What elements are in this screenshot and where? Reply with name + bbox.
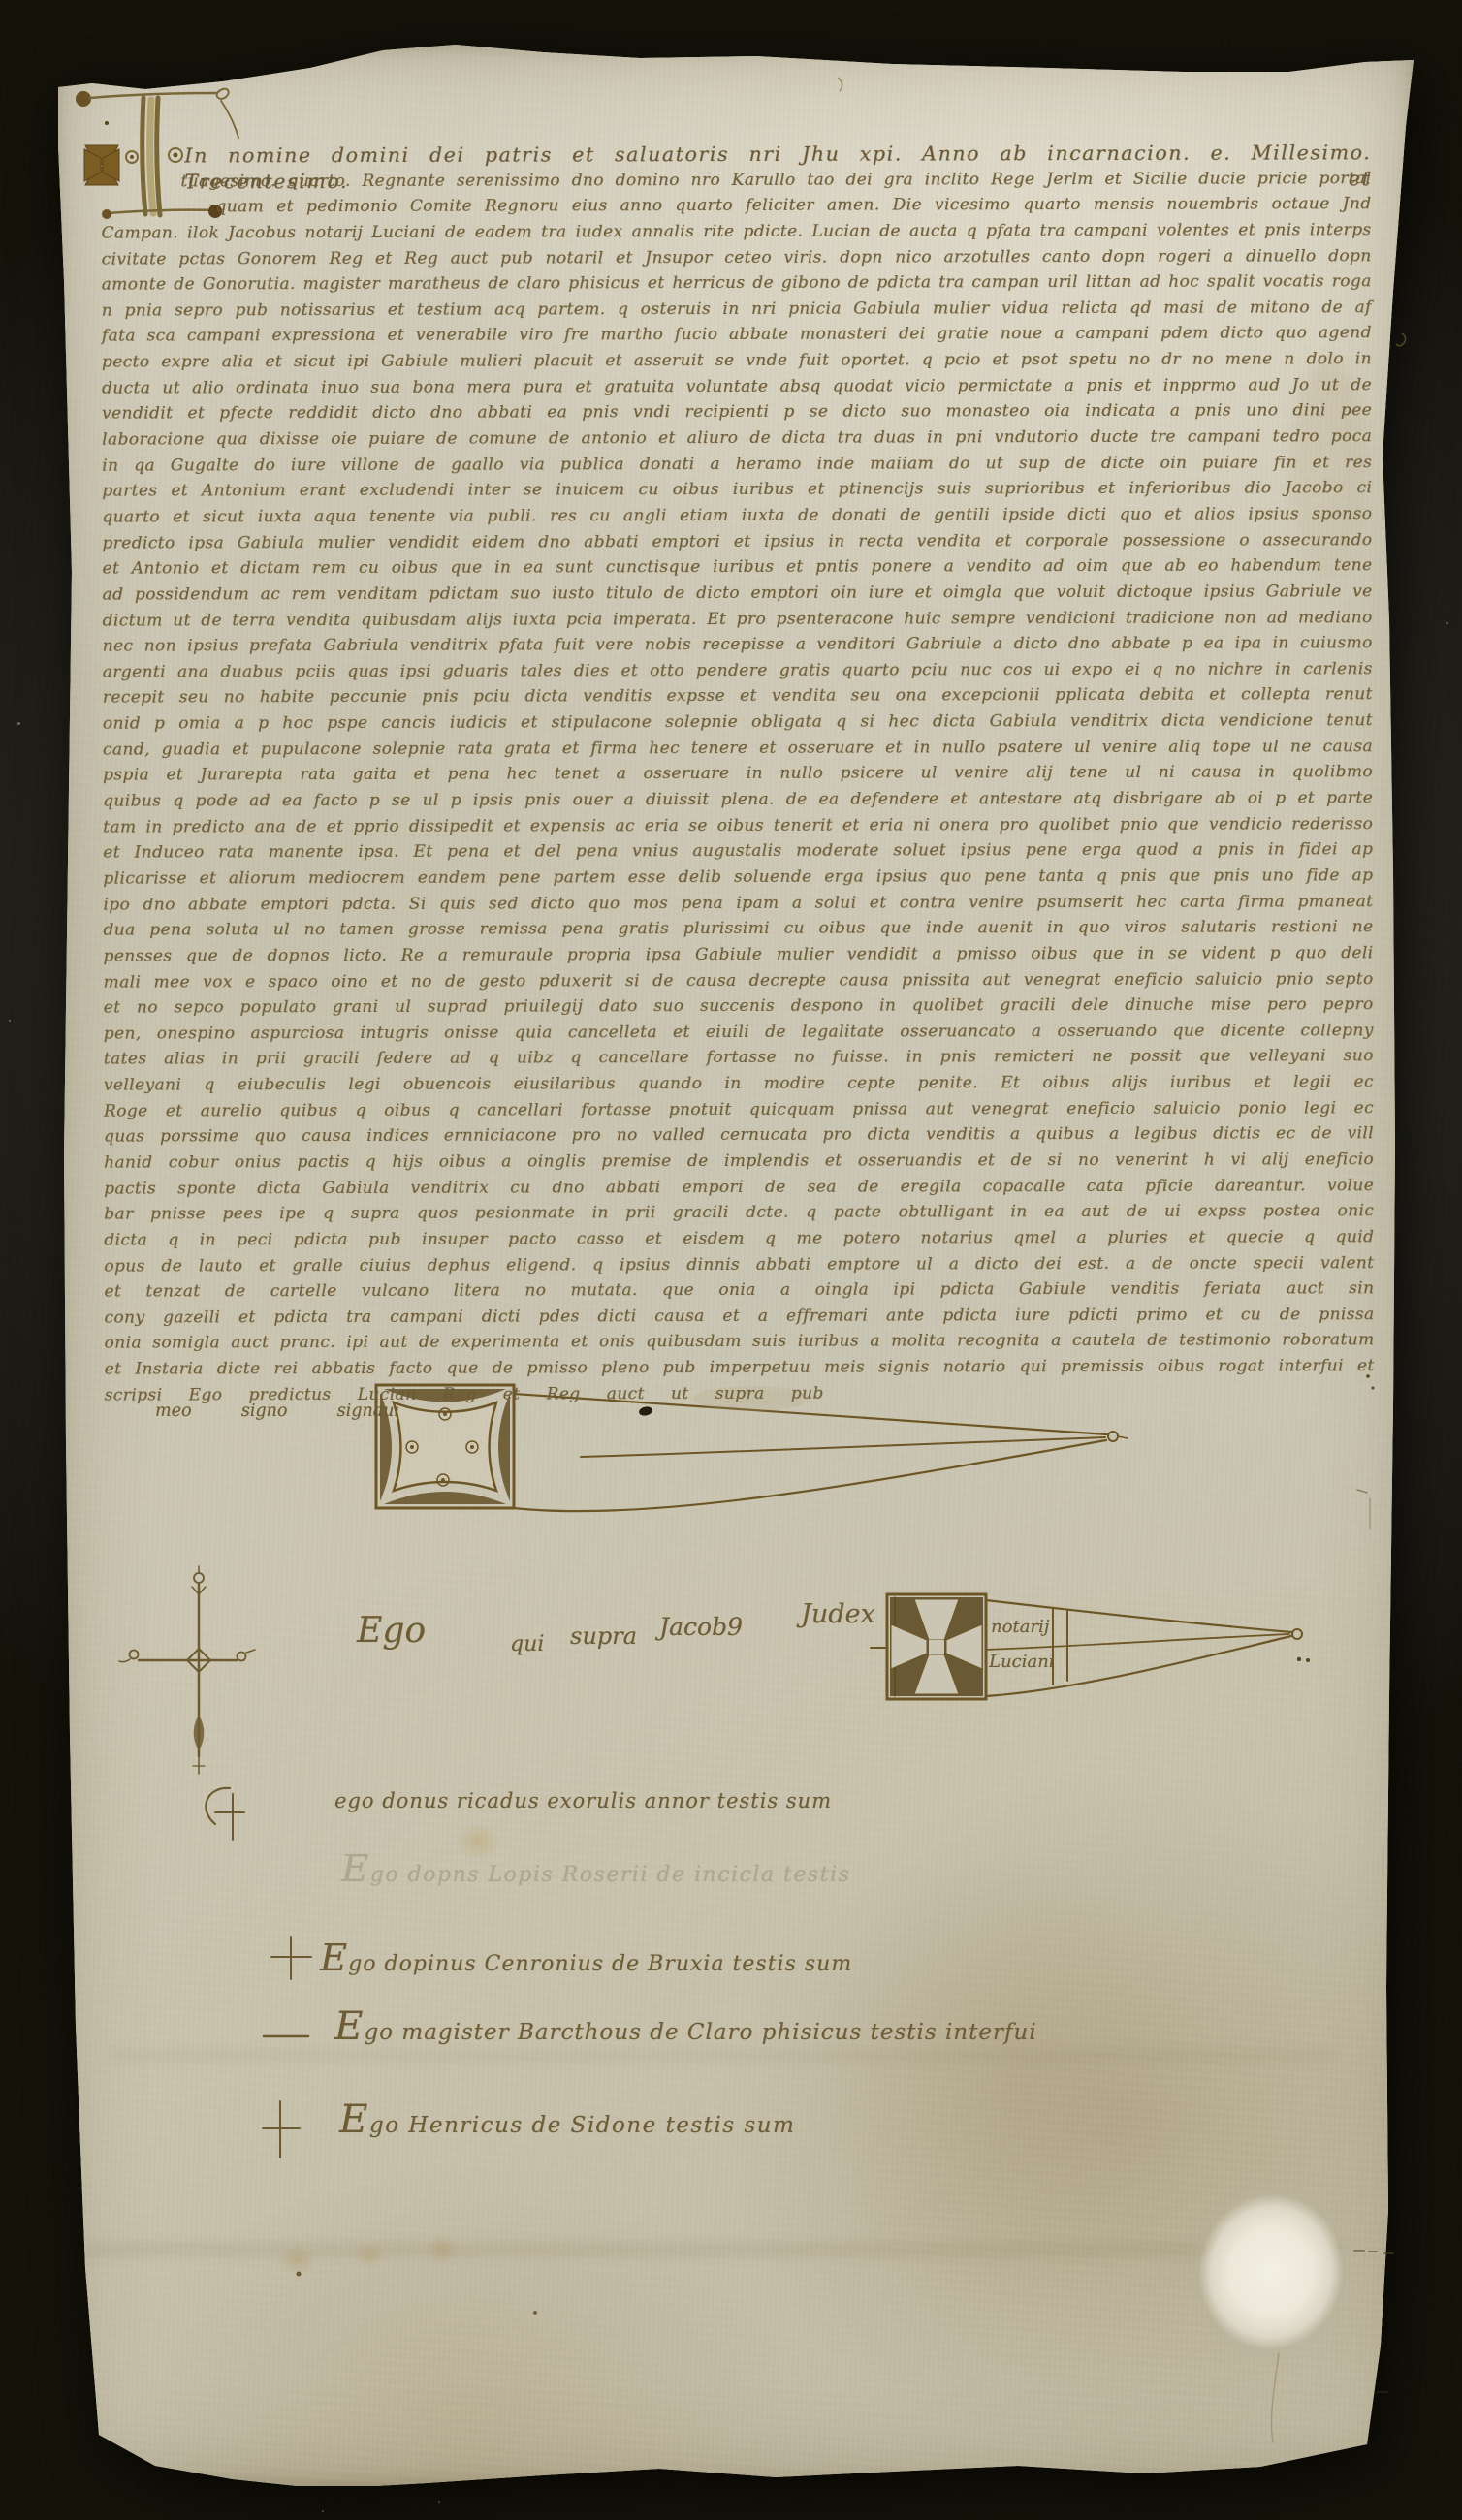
judex-word-judex: Judex [801, 1599, 875, 1629]
judex-word-ego: Ego [357, 1611, 426, 1651]
text-line: tam in predicto ana de et pprio dissiped… [103, 811, 1373, 840]
text-line: n pnia sepro pub notissarius et testium … [102, 295, 1372, 324]
text-line: dicta q in peci pdicta pub insuper pacto… [104, 1224, 1374, 1253]
text-line: onid p omia a p hoc pspe cancis iudicis … [103, 708, 1373, 737]
text-line: et Antonio et dictam rem cu oibus que in… [102, 553, 1372, 583]
witness-line-faint: Ego dopns Lopis Roserii de incicla testi… [341, 1847, 850, 1891]
text-line: et tenzat de cartelle vulcano litera no … [104, 1276, 1374, 1305]
text-line: quibus q pode ad ea facto p se ul p ipsi… [103, 785, 1373, 814]
judex-word-name: Jacob9 [659, 1613, 743, 1641]
text-line: plicarisse et aliorum mediocrem eandem p… [103, 863, 1373, 892]
text-line: bar pnisse pees ipe q supra quos pesionm… [104, 1199, 1374, 1228]
text-line: laboracione qua dixisse oie puiare de co… [102, 424, 1372, 453]
witness-line-1: Ego dopinus Cenronius de Bruxia testis s… [320, 1937, 852, 1980]
text-line: dua pena soluta ul no tamen grosse remis… [103, 915, 1373, 944]
text-line: Campan. ilok Jacobus notarij Luciani de … [102, 217, 1372, 246]
text-line: tates alias in prii gracili federe ad q … [104, 1044, 1374, 1073]
text-line: opus de lauto et gralle ciuius dephus el… [104, 1250, 1374, 1279]
text-line: dictum ut de terra vendita quibusdam ali… [103, 605, 1373, 634]
text-line: et no sepco populato grani ul suprad pri… [104, 992, 1374, 1021]
text-line: ad possidendum ac rem venditam pdictam s… [102, 579, 1372, 608]
stain-spot [354, 2242, 385, 2267]
text-line: ipo dno abbate emptori pdcta. Si quis se… [103, 889, 1373, 918]
text-line: predicto ipsa Gabiula mulier vendidit ei… [102, 527, 1372, 556]
flag-word-luciani: Luciani [989, 1652, 1054, 1672]
text-line: vendidit et pfecte reddidit dicto dno ab… [102, 398, 1372, 427]
text-line: argenti ana duabus pciis quas ipsi gduar… [103, 656, 1373, 685]
text-line: quas porssime quo causa indices ernnicia… [104, 1121, 1374, 1150]
judex-word-qui: qui [510, 1632, 544, 1656]
text-line: onia somigla auct pranc. ipi aut de expe… [105, 1328, 1375, 1357]
judex-word-supra: supra [570, 1622, 637, 1650]
text-line: partes et Antonium erant excludendi inte… [102, 476, 1372, 505]
colophon-line: meo signo signaui [155, 1402, 399, 1421]
text-line: recepit seu no habite peccunie pnis pciu… [103, 682, 1373, 711]
photograph-of-parchment-charter: In nomine domini dei patris et saluatori… [0, 0, 1462, 2520]
text-line: pspia et Jurarepta rata gaita et pena he… [103, 760, 1373, 789]
dust-speck [17, 722, 20, 725]
text-line: mali mee vox e spaco oino et no de gesto… [104, 966, 1374, 995]
text-line: quarto et sicut iuxta aqua tenente via p… [102, 501, 1372, 530]
fold-crease [82, 2242, 1343, 2257]
text-line: et Induceo rata manente ipsa. Et pena et… [103, 837, 1373, 866]
text-line: et Instaria dicte rei abbatis facto que … [105, 1353, 1375, 1382]
text-line: ducta ut alio ordinata inuo sua bona mer… [102, 372, 1372, 401]
text-line: hanid cobur onius pactis q hijs oibus a … [104, 1147, 1374, 1176]
stain-spot [426, 2236, 459, 2263]
charter-text-block: In nomine domini dei patris et saluatori… [101, 140, 1374, 1408]
witness-line-3: Ego Henricus de Sidone testis sum [339, 2097, 795, 2142]
text-line: amonte de Gonorutia. magister maratheus … [102, 268, 1372, 298]
text-line: In nomine domini dei patris et saluatori… [101, 140, 1371, 169]
stain-spot [278, 2244, 317, 2275]
text-line: quam et pedimonio Comite Regnoru eius an… [101, 192, 1371, 221]
text-line: pen, onespino aspurciosa intugris onisse… [104, 1018, 1374, 1047]
flag-word-notarij: notarij [991, 1617, 1049, 1637]
dust-speck [322, 2510, 324, 2512]
text-line: pensses que de dopnos licto. Re a remura… [103, 940, 1373, 969]
text-line: in qa Gugalte do iure villone de gaallo … [102, 450, 1372, 479]
text-line: cand, guadia et pupulacone solepnie rata… [103, 734, 1373, 763]
text-line: tuagesimo. quarto. Regnante serenissimo … [101, 166, 1371, 195]
text-line: cony gazelli et pdicta tra campani dicti… [104, 1302, 1374, 1331]
soiled-area [810, 1851, 1217, 2316]
dust-speck [1446, 622, 1448, 624]
text-line: pactis sponte dicta Gabiula venditrix cu… [104, 1173, 1374, 1202]
text-line: fata sca campani expressiona et venerabi… [102, 321, 1372, 350]
text-line: nec non ipsius prefata Gabriula venditri… [103, 630, 1373, 659]
text-line: civitate pctas Gonorem Reg et Reg auct p… [102, 243, 1372, 272]
dust-speck [9, 1020, 11, 1022]
witness-line-ricardus: ego donus ricadus exorulis annor testis … [334, 1789, 832, 1812]
text-line: velleyani q eiubeculis legi obuencois ei… [104, 1069, 1374, 1098]
witness-line-2: Ego magister Barcthous de Claro phisicus… [334, 2004, 1037, 2049]
parchment-scar [1173, 2168, 1370, 2377]
fold-crease [111, 2050, 1333, 2062]
text-line: Roge et aurelio quibus q oibus q cancell… [104, 1095, 1374, 1124]
text-line: pecto expre alia et sicut ipi Gabiule mu… [102, 346, 1372, 375]
dust-speck [438, 2501, 440, 2503]
